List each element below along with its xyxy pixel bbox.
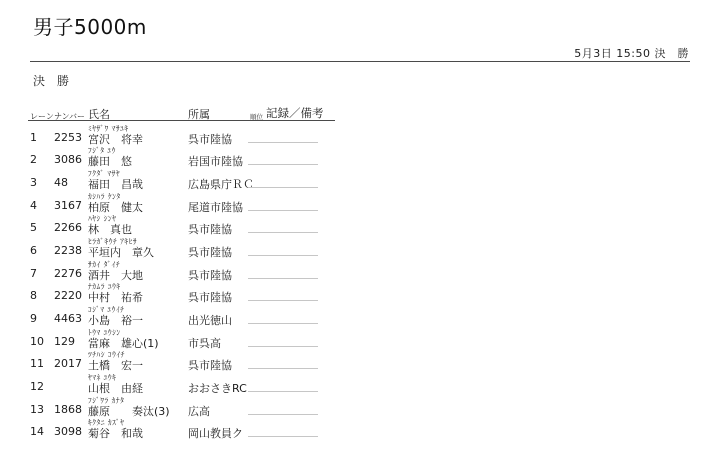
bib-number: 3086 bbox=[54, 153, 82, 166]
lane-number: 12 bbox=[30, 380, 44, 393]
lane-number: 5 bbox=[30, 221, 37, 234]
table-row: ﾊﾔｼ ｼﾝﾔ 5 2266 林 真也 呉市陸協 bbox=[0, 213, 722, 236]
table-row: ｻｶｲ ﾀﾞｲﾁ 7 2276 酒井 大地 呉市陸協 bbox=[0, 258, 722, 281]
table-row: ﾐﾔｻﾞﾜ ﾏｻﾕｷ 1 2253 宮沢 将幸 呉市陸協 bbox=[0, 122, 722, 145]
runner-name: 菊谷 和哉 bbox=[88, 425, 143, 441]
table-rows: ﾐﾔｻﾞﾜ ﾏｻﾕｷ 1 2253 宮沢 将幸 呉市陸協 ﾌｼﾞﾀ ﾕｳ 2 3… bbox=[0, 122, 722, 440]
lane-number: 11 bbox=[30, 357, 44, 370]
bib-number: 3167 bbox=[54, 199, 82, 212]
table-row: ﾔﾏﾈ ﾕｳｷ 12 山根 由経 おおさきRC bbox=[0, 372, 722, 395]
record-underline bbox=[248, 346, 318, 347]
start-list-sheet: 男子5000m 5月3日 15:50 決 勝 決 勝 レーン ナンバー 氏名 所… bbox=[0, 0, 722, 460]
record-underline bbox=[248, 391, 318, 392]
table-row: ﾅｶﾑﾗ ﾕｳｷ 8 2220 中村 祐希 呉市陸協 bbox=[0, 281, 722, 304]
table-row: ｺｼﾞﾏ ﾕｳｲﾁ 9 4463 小島 裕一 出光徳山 bbox=[0, 304, 722, 327]
lane-number: 7 bbox=[30, 267, 37, 280]
table-row: ｶｼﾊﾗ ｹﾝﾀ 4 3167 柏原 健太 尾道市陸協 bbox=[0, 190, 722, 213]
lane-number: 1 bbox=[30, 131, 37, 144]
bib-number: 1868 bbox=[54, 403, 82, 416]
record-underline bbox=[248, 142, 318, 143]
schedule-info: 5月3日 15:50 決 勝 bbox=[574, 45, 689, 61]
record-underline bbox=[248, 436, 318, 437]
record-underline bbox=[248, 255, 318, 256]
lane-number: 4 bbox=[30, 199, 37, 212]
table-header-underline bbox=[28, 120, 335, 121]
record-underline bbox=[248, 232, 318, 233]
lane-number: 10 bbox=[30, 335, 44, 348]
table-row: ﾂﾁﾊｼ ｺｳｲﾁ 11 2017 土橋 宏一 呉市陸協 bbox=[0, 349, 722, 372]
bib-number: 2253 bbox=[54, 131, 82, 144]
record-underline bbox=[248, 368, 318, 369]
team-name: 岡山教員ク bbox=[188, 425, 243, 441]
table-row: ﾌｸﾀﾞ ﾏｻﾔ 3 48 福田 昌哉 広島県庁ＲＣ bbox=[0, 167, 722, 190]
lane-number: 13 bbox=[30, 403, 44, 416]
lane-number: 9 bbox=[30, 312, 37, 325]
bib-number: 2238 bbox=[54, 244, 82, 257]
table-row: ﾄｳﾏ ﾕｳｼﾝ 10 129 當麻 雄心(1) 市呉高 bbox=[0, 326, 722, 349]
bib-number: 3098 bbox=[54, 425, 82, 438]
record-underline bbox=[248, 187, 318, 188]
bib-number: 129 bbox=[54, 335, 75, 348]
lane-number: 6 bbox=[30, 244, 37, 257]
bib-number: 2017 bbox=[54, 357, 82, 370]
header-record: 記録／備考 bbox=[266, 105, 324, 121]
lane-number: 3 bbox=[30, 176, 37, 189]
table-row: ﾋﾗｶﾞｷｳﾁ ｱｷﾋｻ 6 2238 平垣内 章久 呉市陸協 bbox=[0, 235, 722, 258]
bib-number: 2266 bbox=[54, 221, 82, 234]
table-row: ﾌｼﾞﾜﾗ ｶﾅﾀ 13 1868 藤原 奏汰(3) 広高 bbox=[0, 394, 722, 417]
record-underline bbox=[248, 300, 318, 301]
lane-number: 8 bbox=[30, 289, 37, 302]
bib-number: 4463 bbox=[54, 312, 82, 325]
lane-number: 14 bbox=[30, 425, 44, 438]
record-underline bbox=[248, 278, 318, 279]
page-title: 男子5000m bbox=[33, 11, 147, 40]
bib-number: 48 bbox=[54, 176, 68, 189]
header-divider bbox=[30, 61, 690, 62]
bib-number: 2220 bbox=[54, 289, 82, 302]
record-underline bbox=[248, 164, 318, 165]
record-underline bbox=[248, 323, 318, 324]
bib-number: 2276 bbox=[54, 267, 82, 280]
lane-number: 2 bbox=[30, 153, 37, 166]
record-underline bbox=[248, 414, 318, 415]
table-row: ｷｸﾀﾆ ｶｽﾞﾔ 14 3098 菊谷 和哉 岡山教員ク bbox=[0, 417, 722, 440]
record-underline bbox=[248, 210, 318, 211]
round-label: 決 勝 bbox=[33, 72, 69, 89]
table-row: ﾌｼﾞﾀ ﾕｳ 2 3086 藤田 悠 岩国市陸協 bbox=[0, 145, 722, 168]
